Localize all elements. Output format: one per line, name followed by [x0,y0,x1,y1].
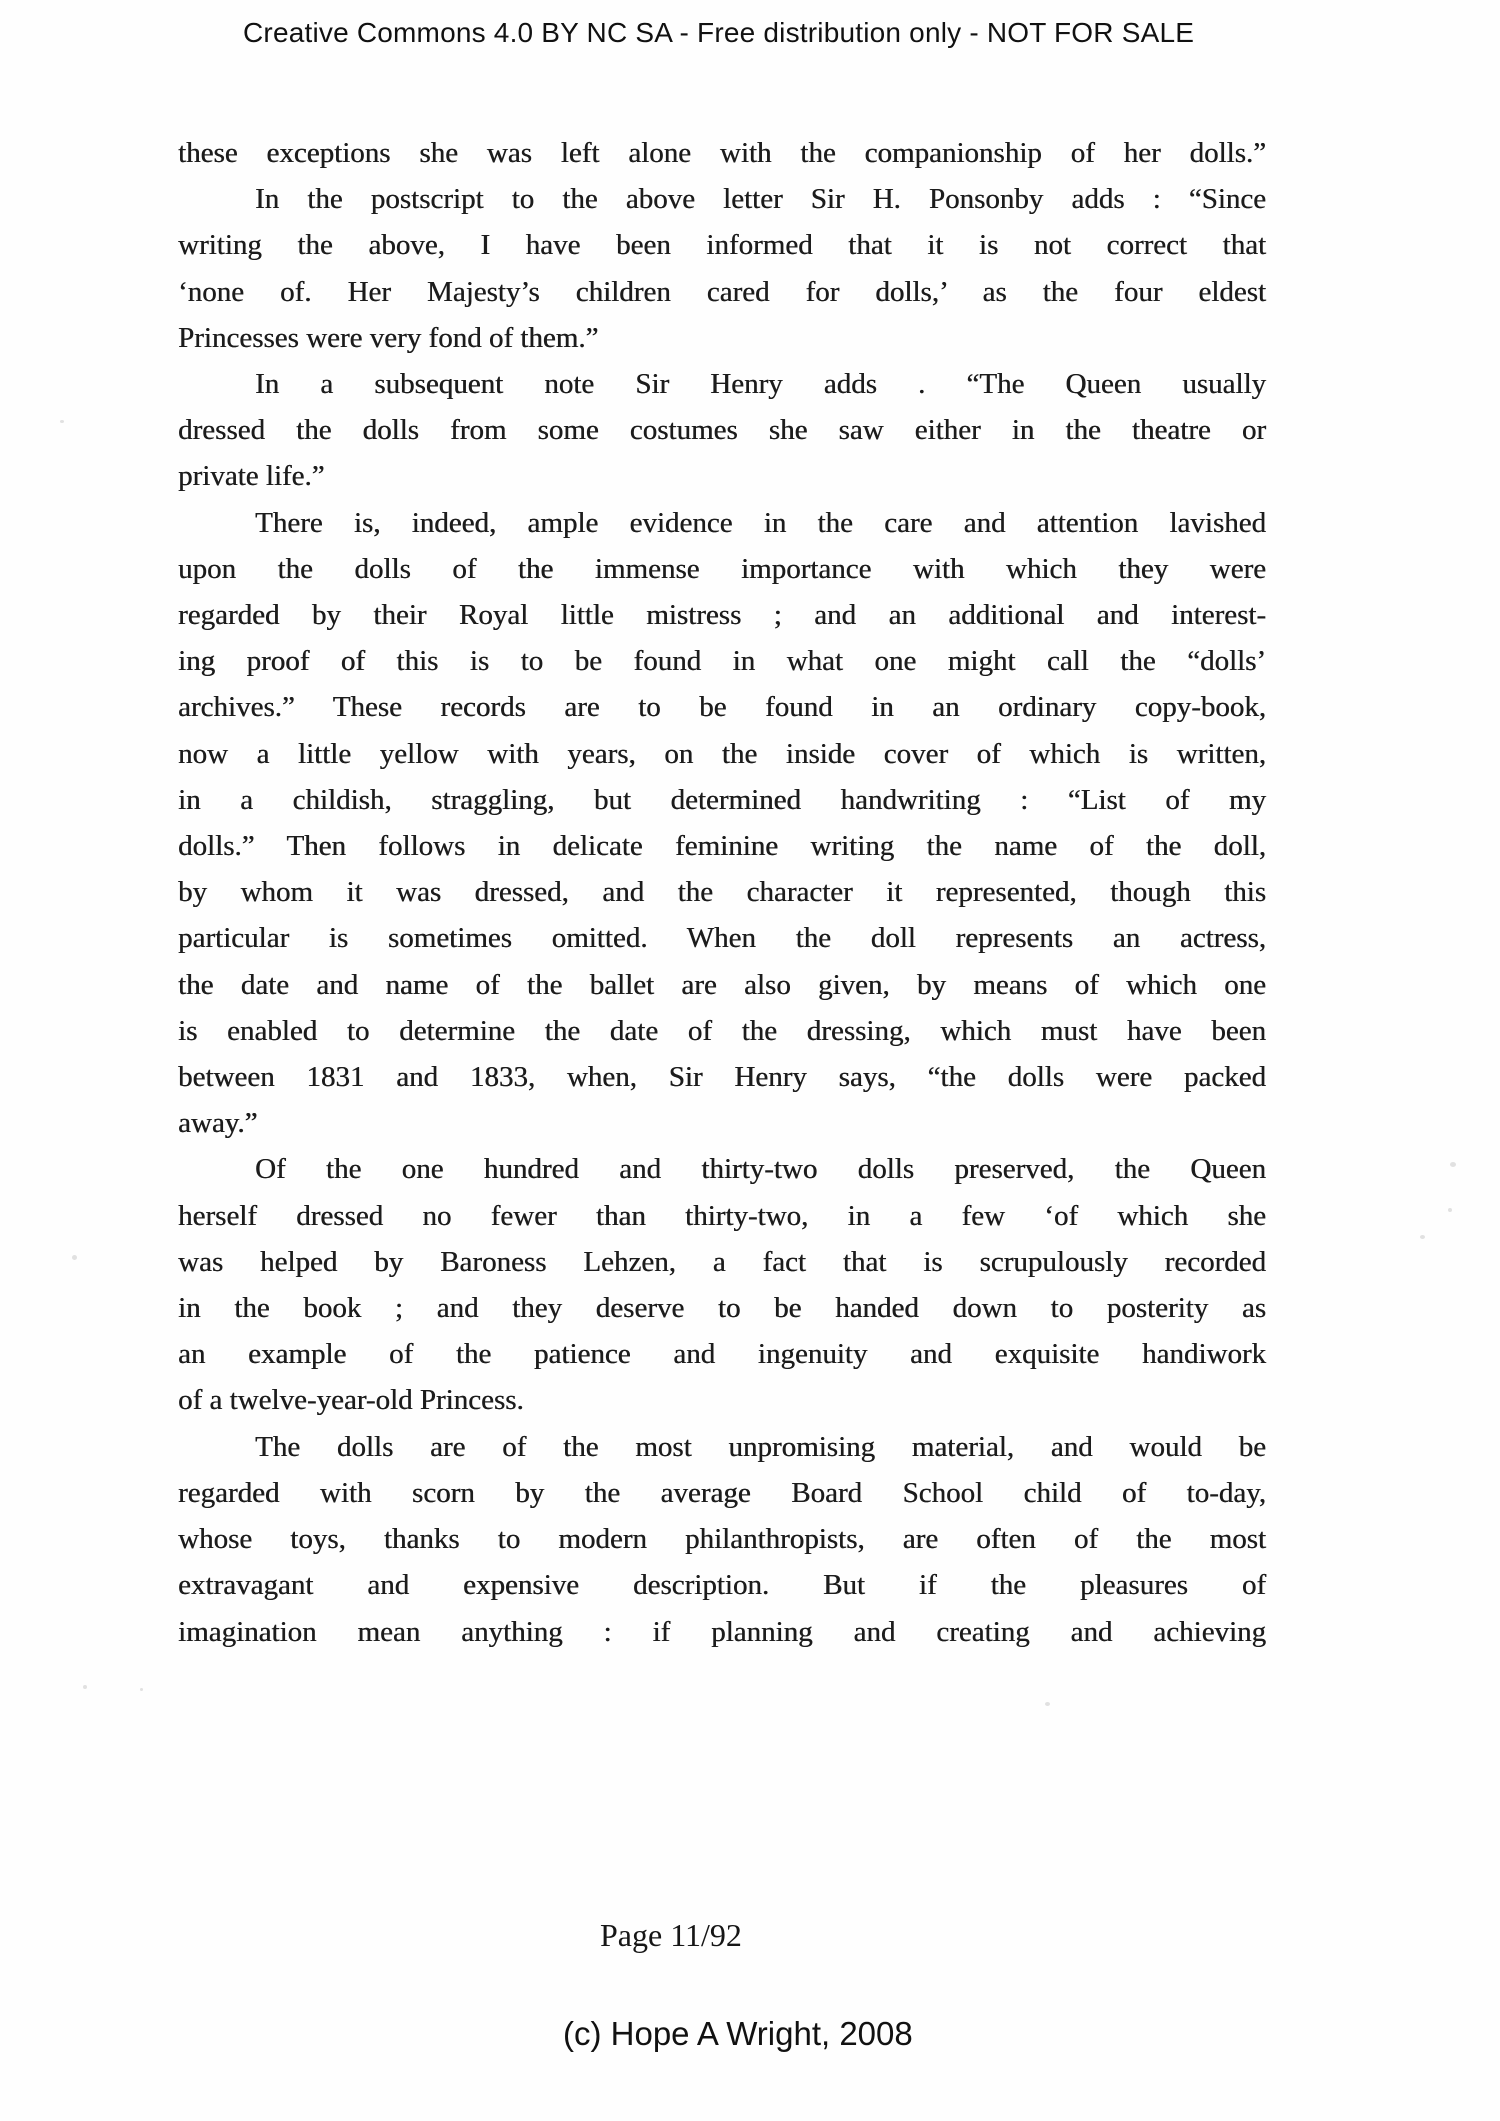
scan-speck [1045,1702,1050,1706]
scan-speck [1420,1235,1425,1239]
text-line: now a little yellow with years, on the i… [178,731,1266,777]
text-line: ing proof of this is to be found in what… [178,638,1266,684]
text-line: regarded by their Royal little mistress … [178,592,1266,638]
text-line: these exceptions she was left alone with… [178,130,1266,176]
text-line: private life.” [178,453,1266,499]
text-line: extravagant and expensive description. B… [178,1562,1266,1608]
text-line: of a twelve-year-old Princess. [178,1377,1266,1423]
text-line: in a childish, straggling, but determine… [178,777,1266,823]
text-line: an example of the patience and ingenuity… [178,1331,1266,1377]
text-line: ‘none of. Her Majesty’s children cared f… [178,269,1266,315]
text-line: was helped by Baroness Lehzen, a fact th… [178,1239,1266,1285]
text-line: in the book ; and they deserve to be han… [178,1285,1266,1331]
scanned-page: Creative Commons 4.0 BY NC SA - Free dis… [0,0,1500,2121]
scan-speck [1448,1208,1452,1212]
text-line: There is, indeed, ample evidence in the … [178,500,1266,546]
body-text: these exceptions she was left alone with… [178,130,1266,1655]
text-line: away.” [178,1100,1266,1146]
text-line: imagination mean anything : if planning … [178,1609,1266,1655]
text-line: upon the dolls of the immense importance… [178,546,1266,592]
scan-speck [60,420,64,423]
text-line: writing the above, I have been informed … [178,222,1266,268]
page-number: Page 11/92 [600,1916,742,1954]
text-line: dolls.” Then follows in delicate feminin… [178,823,1266,869]
text-line: Princesses were very fond of them.” [178,315,1266,361]
text-line: is enabled to determine the date of the … [178,1008,1266,1054]
text-line: In a subsequent note Sir Henry adds . “T… [178,361,1266,407]
text-line: The dolls are of the most unpromising ma… [178,1424,1266,1470]
scan-speck [83,1685,87,1689]
text-line: particular is sometimes omitted. When th… [178,915,1266,961]
text-line: whose toys, thanks to modern philanthrop… [178,1516,1266,1562]
text-line: the date and name of the ballet are also… [178,962,1266,1008]
scan-speck [140,1688,143,1691]
scan-speck [72,1255,77,1260]
text-line: by whom it was dressed, and the characte… [178,869,1266,915]
text-line: Of the one hundred and thirty-two dolls … [178,1146,1266,1192]
text-line: dressed the dolls from some costumes she… [178,407,1266,453]
text-line: In the postscript to the above letter Si… [178,176,1266,222]
text-line: herself dressed no fewer than thirty-two… [178,1193,1266,1239]
copyright-line: (c) Hope A Wright, 2008 [563,2014,913,2054]
license-notice: Creative Commons 4.0 BY NC SA - Free dis… [243,16,1194,50]
scan-speck [1450,1162,1456,1167]
text-line: regarded with scorn by the average Board… [178,1470,1266,1516]
text-line: archives.” These records are to be found… [178,684,1266,730]
text-line: between 1831 and 1833, when, Sir Henry s… [178,1054,1266,1100]
